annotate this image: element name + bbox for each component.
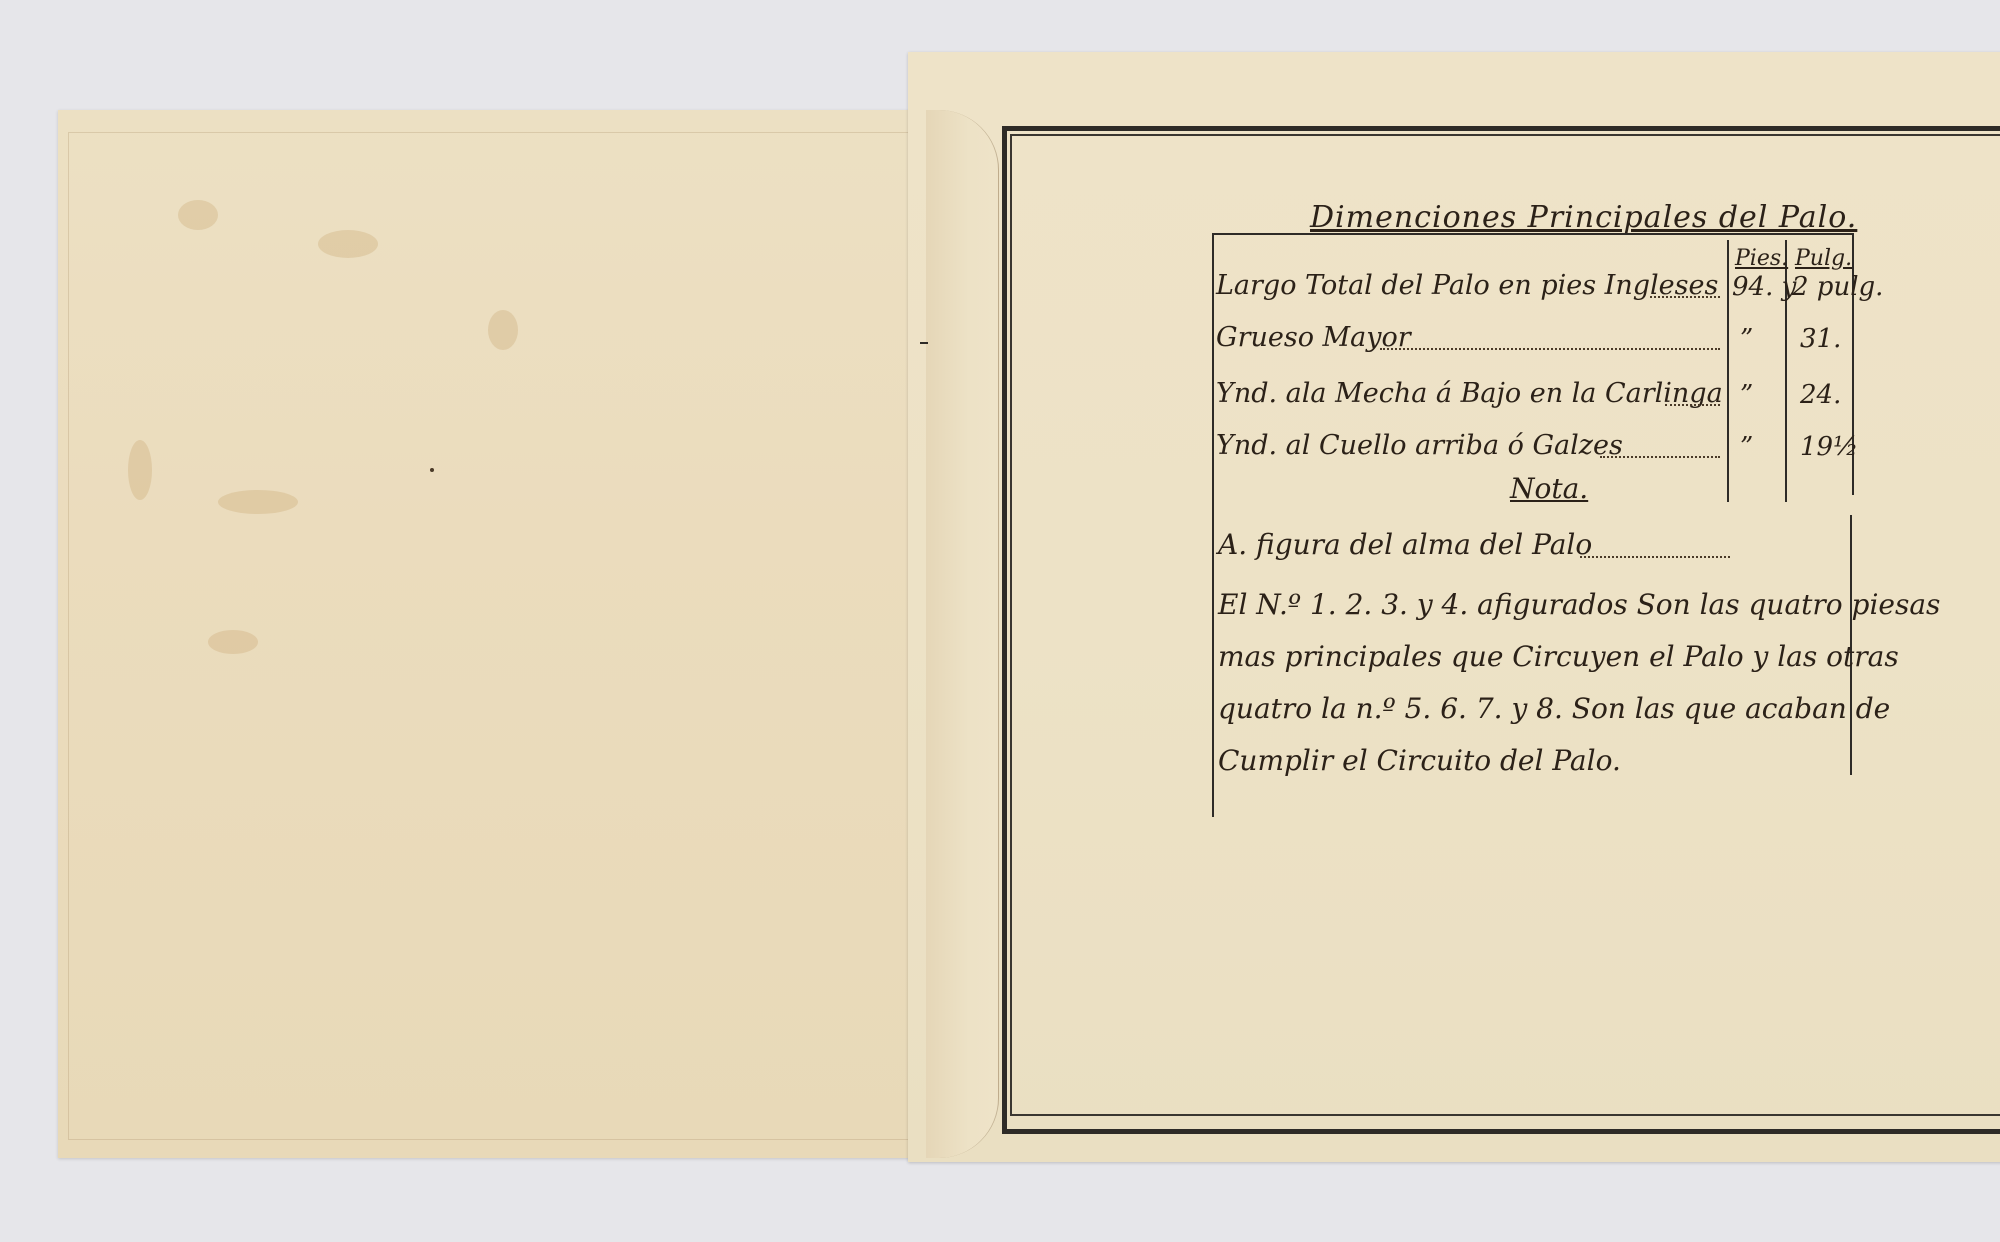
table-row-label: Ynd. al Cuello arriba ó Galzes bbox=[1216, 430, 1623, 461]
foxing-spot bbox=[218, 490, 298, 514]
note-line: quatro la n.º 5. 6. 7. y 8. Son las que … bbox=[1218, 692, 1890, 725]
table-cell-pies: ” bbox=[1740, 380, 1753, 410]
left-page-faint-frame bbox=[68, 132, 918, 1140]
leader-dots bbox=[1380, 348, 1720, 350]
table-cell-pulg: 24. bbox=[1800, 380, 1841, 410]
table-cell-pies: ” bbox=[1740, 432, 1753, 462]
foxing-spot bbox=[208, 630, 258, 654]
note-line: Cumplir el Circuito del Palo. bbox=[1218, 744, 1621, 777]
table-cell-pulg: 19½ bbox=[1800, 432, 1858, 462]
page-fold-flap bbox=[926, 110, 999, 1158]
leader-dots bbox=[1665, 404, 1720, 406]
table-column-divider bbox=[1727, 240, 1729, 502]
table-row-label: Ynd. ala Mecha á Bajo en la Carlinga bbox=[1216, 378, 1723, 409]
note-left-rule bbox=[1212, 497, 1214, 817]
table-cell-pies: ” bbox=[1740, 324, 1753, 354]
table-row-label: Largo Total del Palo en pies Ingleses bbox=[1216, 270, 1718, 301]
foxing-spot bbox=[178, 200, 218, 230]
left-page-verso bbox=[58, 110, 928, 1158]
foxing-spot bbox=[318, 230, 378, 258]
table-cell-pulg: 31. bbox=[1800, 324, 1841, 354]
ink-dot bbox=[430, 468, 434, 472]
note-line: A. figura del alma del Palo bbox=[1218, 528, 1592, 561]
margin-tick-mark bbox=[920, 342, 928, 344]
column-header-pulg: Pulg. bbox=[1795, 246, 1852, 271]
leader-dots bbox=[1650, 296, 1720, 298]
note-line: mas principales que Circuyen el Palo y l… bbox=[1218, 640, 1899, 673]
foxing-spot bbox=[128, 440, 152, 500]
foxing-spot bbox=[488, 310, 518, 350]
document-title: Dimenciones Principales del Palo. bbox=[1310, 200, 1857, 235]
table-cell-pies: 94. y bbox=[1732, 272, 1796, 302]
leader-dots bbox=[1600, 456, 1720, 458]
leader-dots bbox=[1580, 556, 1730, 558]
column-header-pies: Pies. bbox=[1735, 246, 1788, 271]
note-heading: Nota. bbox=[1510, 472, 1588, 505]
note-line: El N.º 1. 2. 3. y 4. afigurados Son las … bbox=[1218, 588, 1940, 621]
table-cell-pulg: 2 pulg. bbox=[1792, 272, 1883, 302]
